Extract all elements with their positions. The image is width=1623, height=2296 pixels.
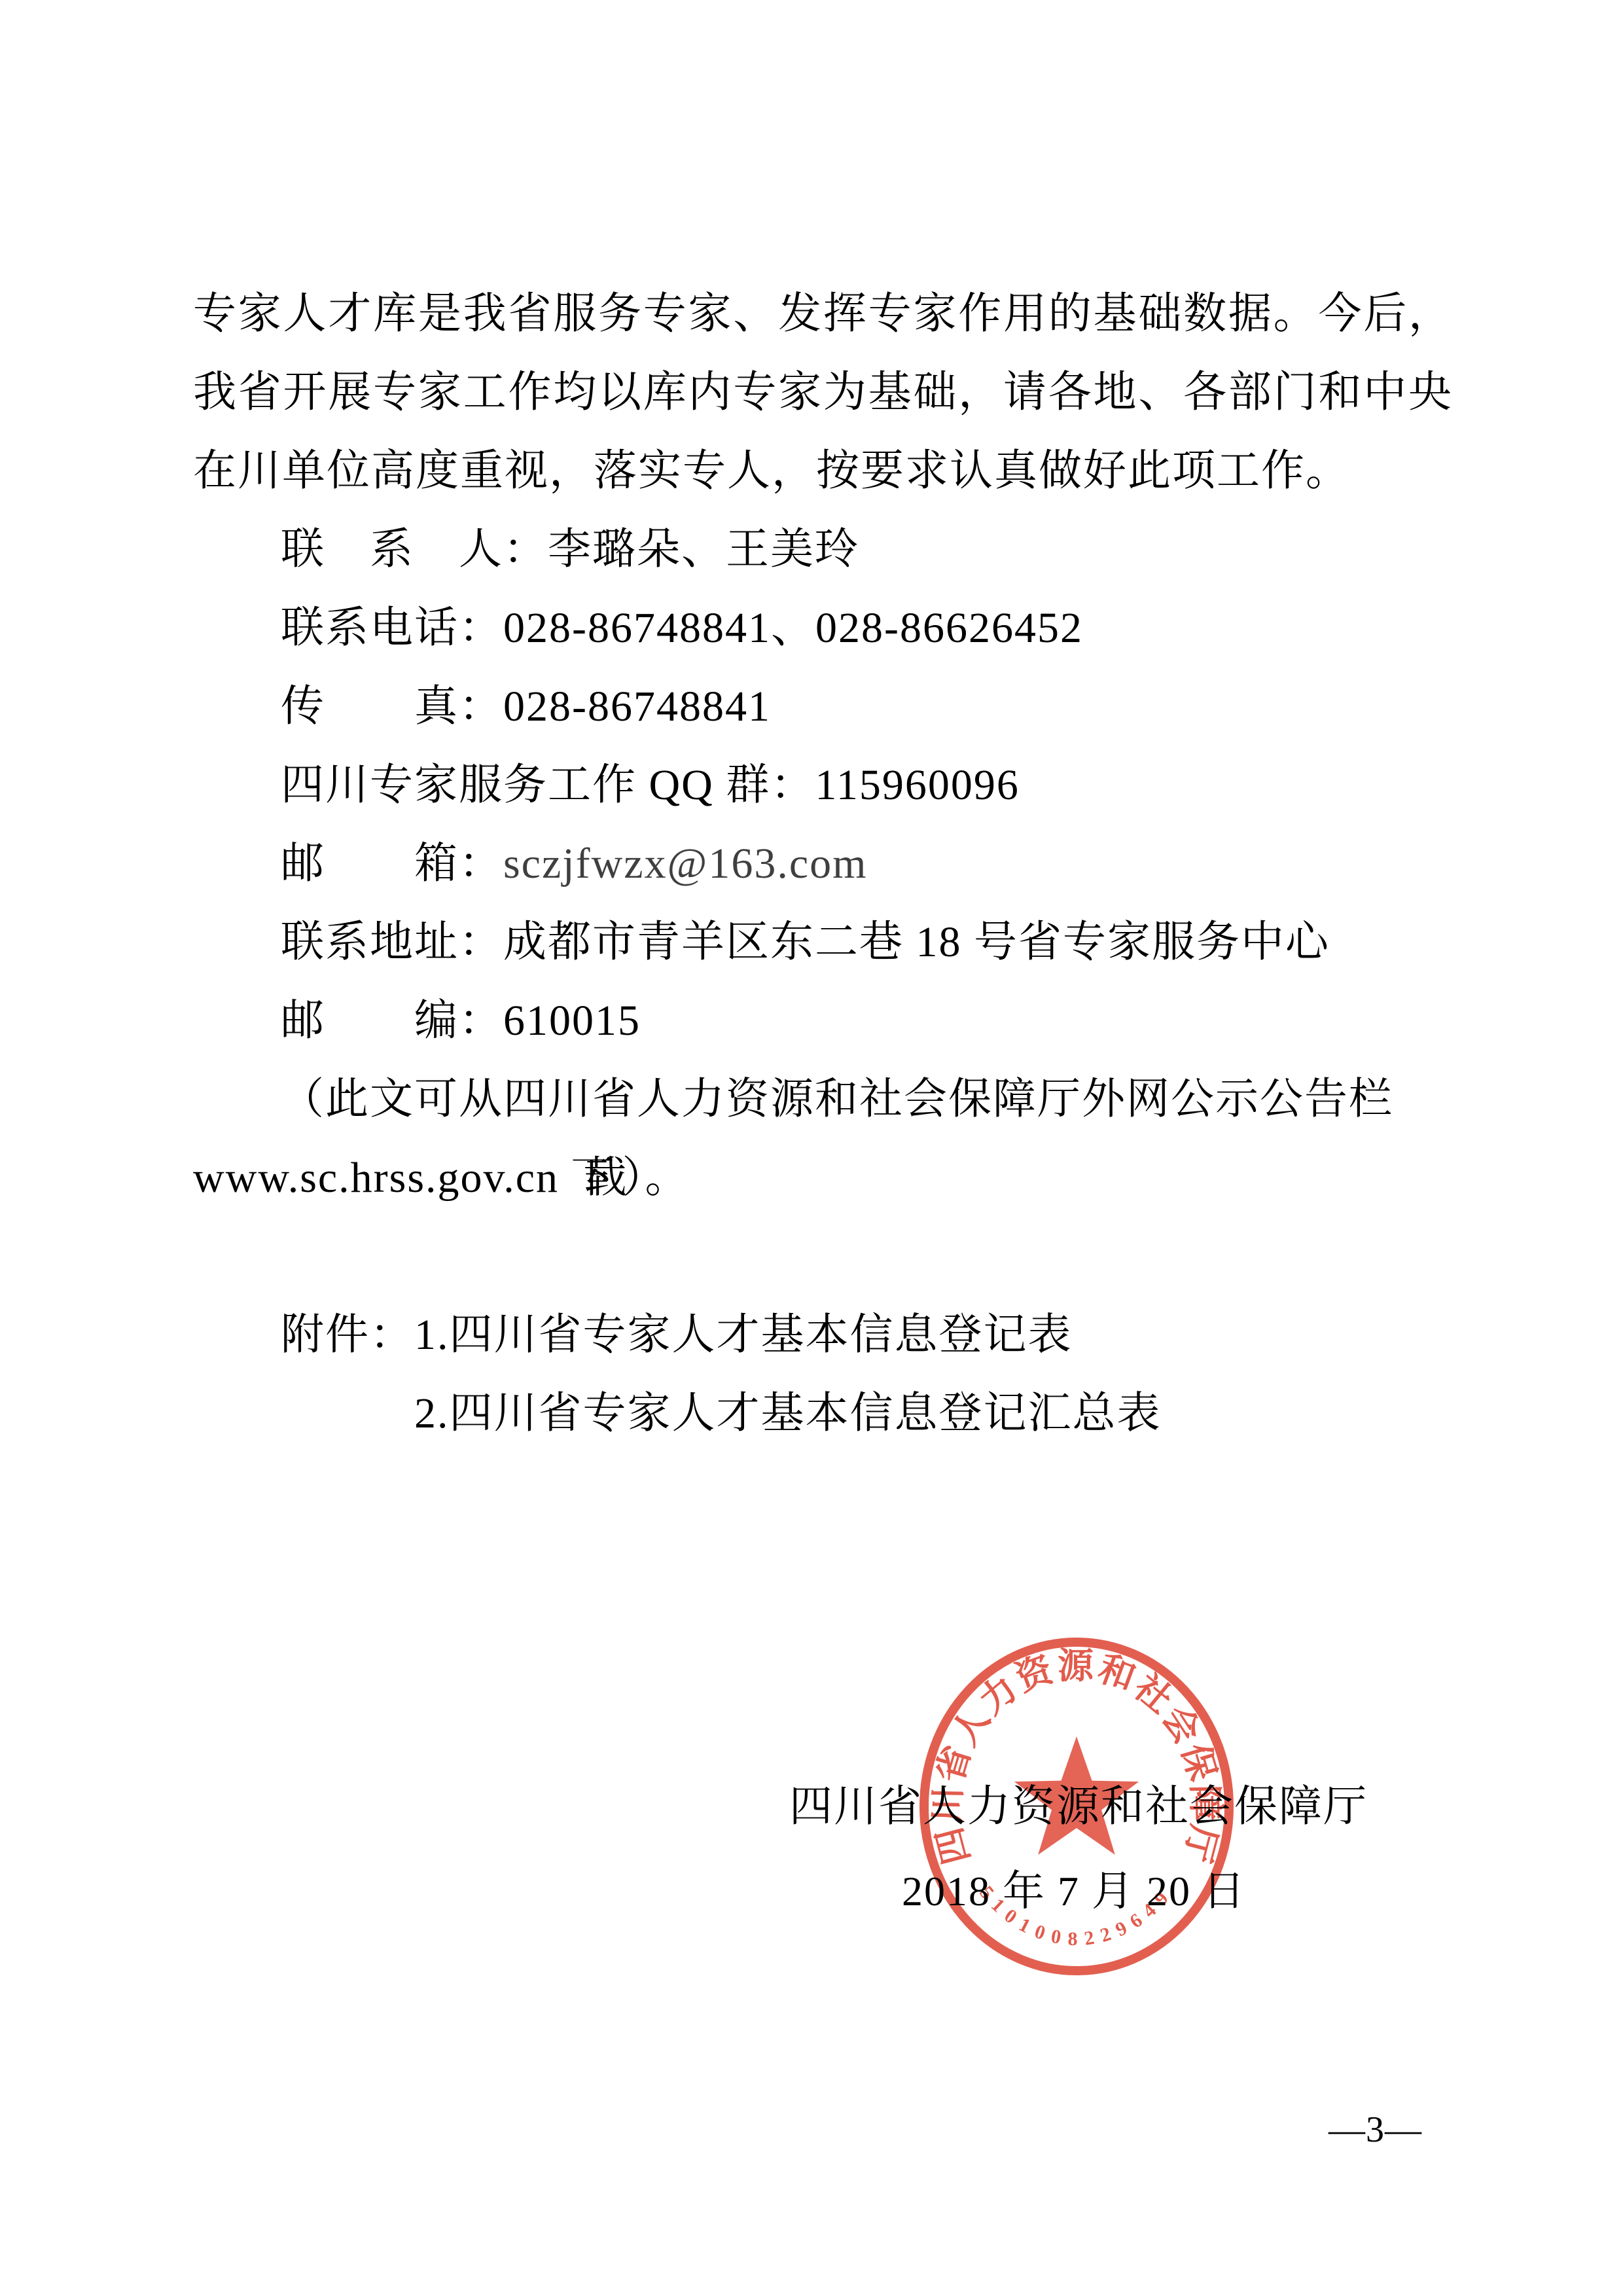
contact-address-line: 联系地址：成都市青羊区东二巷 18 号省专家服务中心 bbox=[193, 903, 1453, 982]
document-page: 专家人才库是我省服务专家、发挥专家作用的基础数据。今后， 我省开展专家工作均以库… bbox=[0, 0, 1623, 2296]
contact-address-label: 联系地址： bbox=[281, 918, 503, 966]
contact-phone-line: 联系电话：028-86748841、028-86626452 bbox=[193, 589, 1453, 668]
contact-address-value: 成都市青羊区东二巷 18 号省专家服务中心 bbox=[503, 918, 1330, 966]
contact-fax-label: 传 真： bbox=[281, 683, 503, 730]
contact-postcode-value: 610015 bbox=[503, 997, 641, 1045]
download-note-suffix: ）。 bbox=[622, 1154, 690, 1202]
attachment-item-1: 1.四川省专家人才基本信息登记表 bbox=[414, 1311, 1073, 1359]
download-url: www.sc.hrss.gov.cn bbox=[193, 1154, 571, 1202]
download-note-line-2: www.sc.hrss.gov.cn 下载）。 bbox=[193, 1139, 1453, 1217]
page-number: —3— bbox=[1329, 2111, 1422, 2148]
attachment-item-2: 2.四川省专家人才基本信息登记汇总表 bbox=[414, 1390, 1162, 1437]
contact-fax-value: 028-86748841 bbox=[503, 683, 771, 730]
contact-qq-line: 四川专家服务工作 QQ 群：115960096 bbox=[193, 746, 1453, 825]
contact-qq-label: 四川专家服务工作 QQ 群： bbox=[281, 761, 815, 809]
contact-person-line: 联 系 人：李璐朵、王美玲 bbox=[193, 511, 1453, 589]
paragraph-line-1: 专家人才库是我省服务专家、发挥专家作用的基础数据。今后， bbox=[193, 275, 1453, 353]
download-word-overlapped: 下载 bbox=[571, 1154, 596, 1202]
paragraph-line-3: 在川单位高度重视，落实专人，按要求认真做好此项工作。 bbox=[193, 432, 1453, 511]
contact-email-line: 邮 箱：sczjfwzx@163.com bbox=[193, 825, 1453, 903]
attachments-heading: 附件： bbox=[281, 1311, 414, 1359]
issuing-agency-signature: 四川省人力资源和社会保障厅 bbox=[789, 1785, 1368, 1829]
paragraph-line-2: 我省开展专家工作均以库内专家为基础，请各地、各部门和中央 bbox=[193, 353, 1453, 432]
contact-fax-line: 传 真：028-86748841 bbox=[193, 668, 1453, 746]
document-body: 专家人才库是我省服务专家、发挥专家作用的基础数据。今后， 我省开展专家工作均以库… bbox=[193, 275, 1453, 1453]
download-note-line-1: （此文可从四川省人力资源和社会保障厅外网公示公告栏 bbox=[193, 1060, 1453, 1139]
attachment-line-1: 附件：1.四川省专家人才基本信息登记表 bbox=[193, 1296, 1453, 1374]
spacer-line bbox=[193, 1217, 1453, 1296]
contact-phone-value: 028-86748841、028-86626452 bbox=[503, 604, 1083, 652]
attachment-line-2: 2.四川省专家人才基本信息登记汇总表 bbox=[193, 1374, 1453, 1453]
contact-person-value: 李璐朵、王美玲 bbox=[548, 526, 859, 573]
contact-phone-label: 联系电话： bbox=[281, 604, 503, 652]
contact-postcode-label: 邮 编： bbox=[281, 997, 503, 1045]
contact-email-label: 邮 箱： bbox=[281, 840, 503, 888]
contact-person-label: 联 系 人： bbox=[281, 526, 548, 573]
contact-postcode-line: 邮 编：610015 bbox=[193, 982, 1453, 1060]
contact-qq-value: 115960096 bbox=[815, 761, 1020, 809]
contact-email-value: sczjfwzx@163.com bbox=[503, 840, 867, 888]
issue-date: 2018 年 7 月 20 日 bbox=[902, 1871, 1246, 1912]
